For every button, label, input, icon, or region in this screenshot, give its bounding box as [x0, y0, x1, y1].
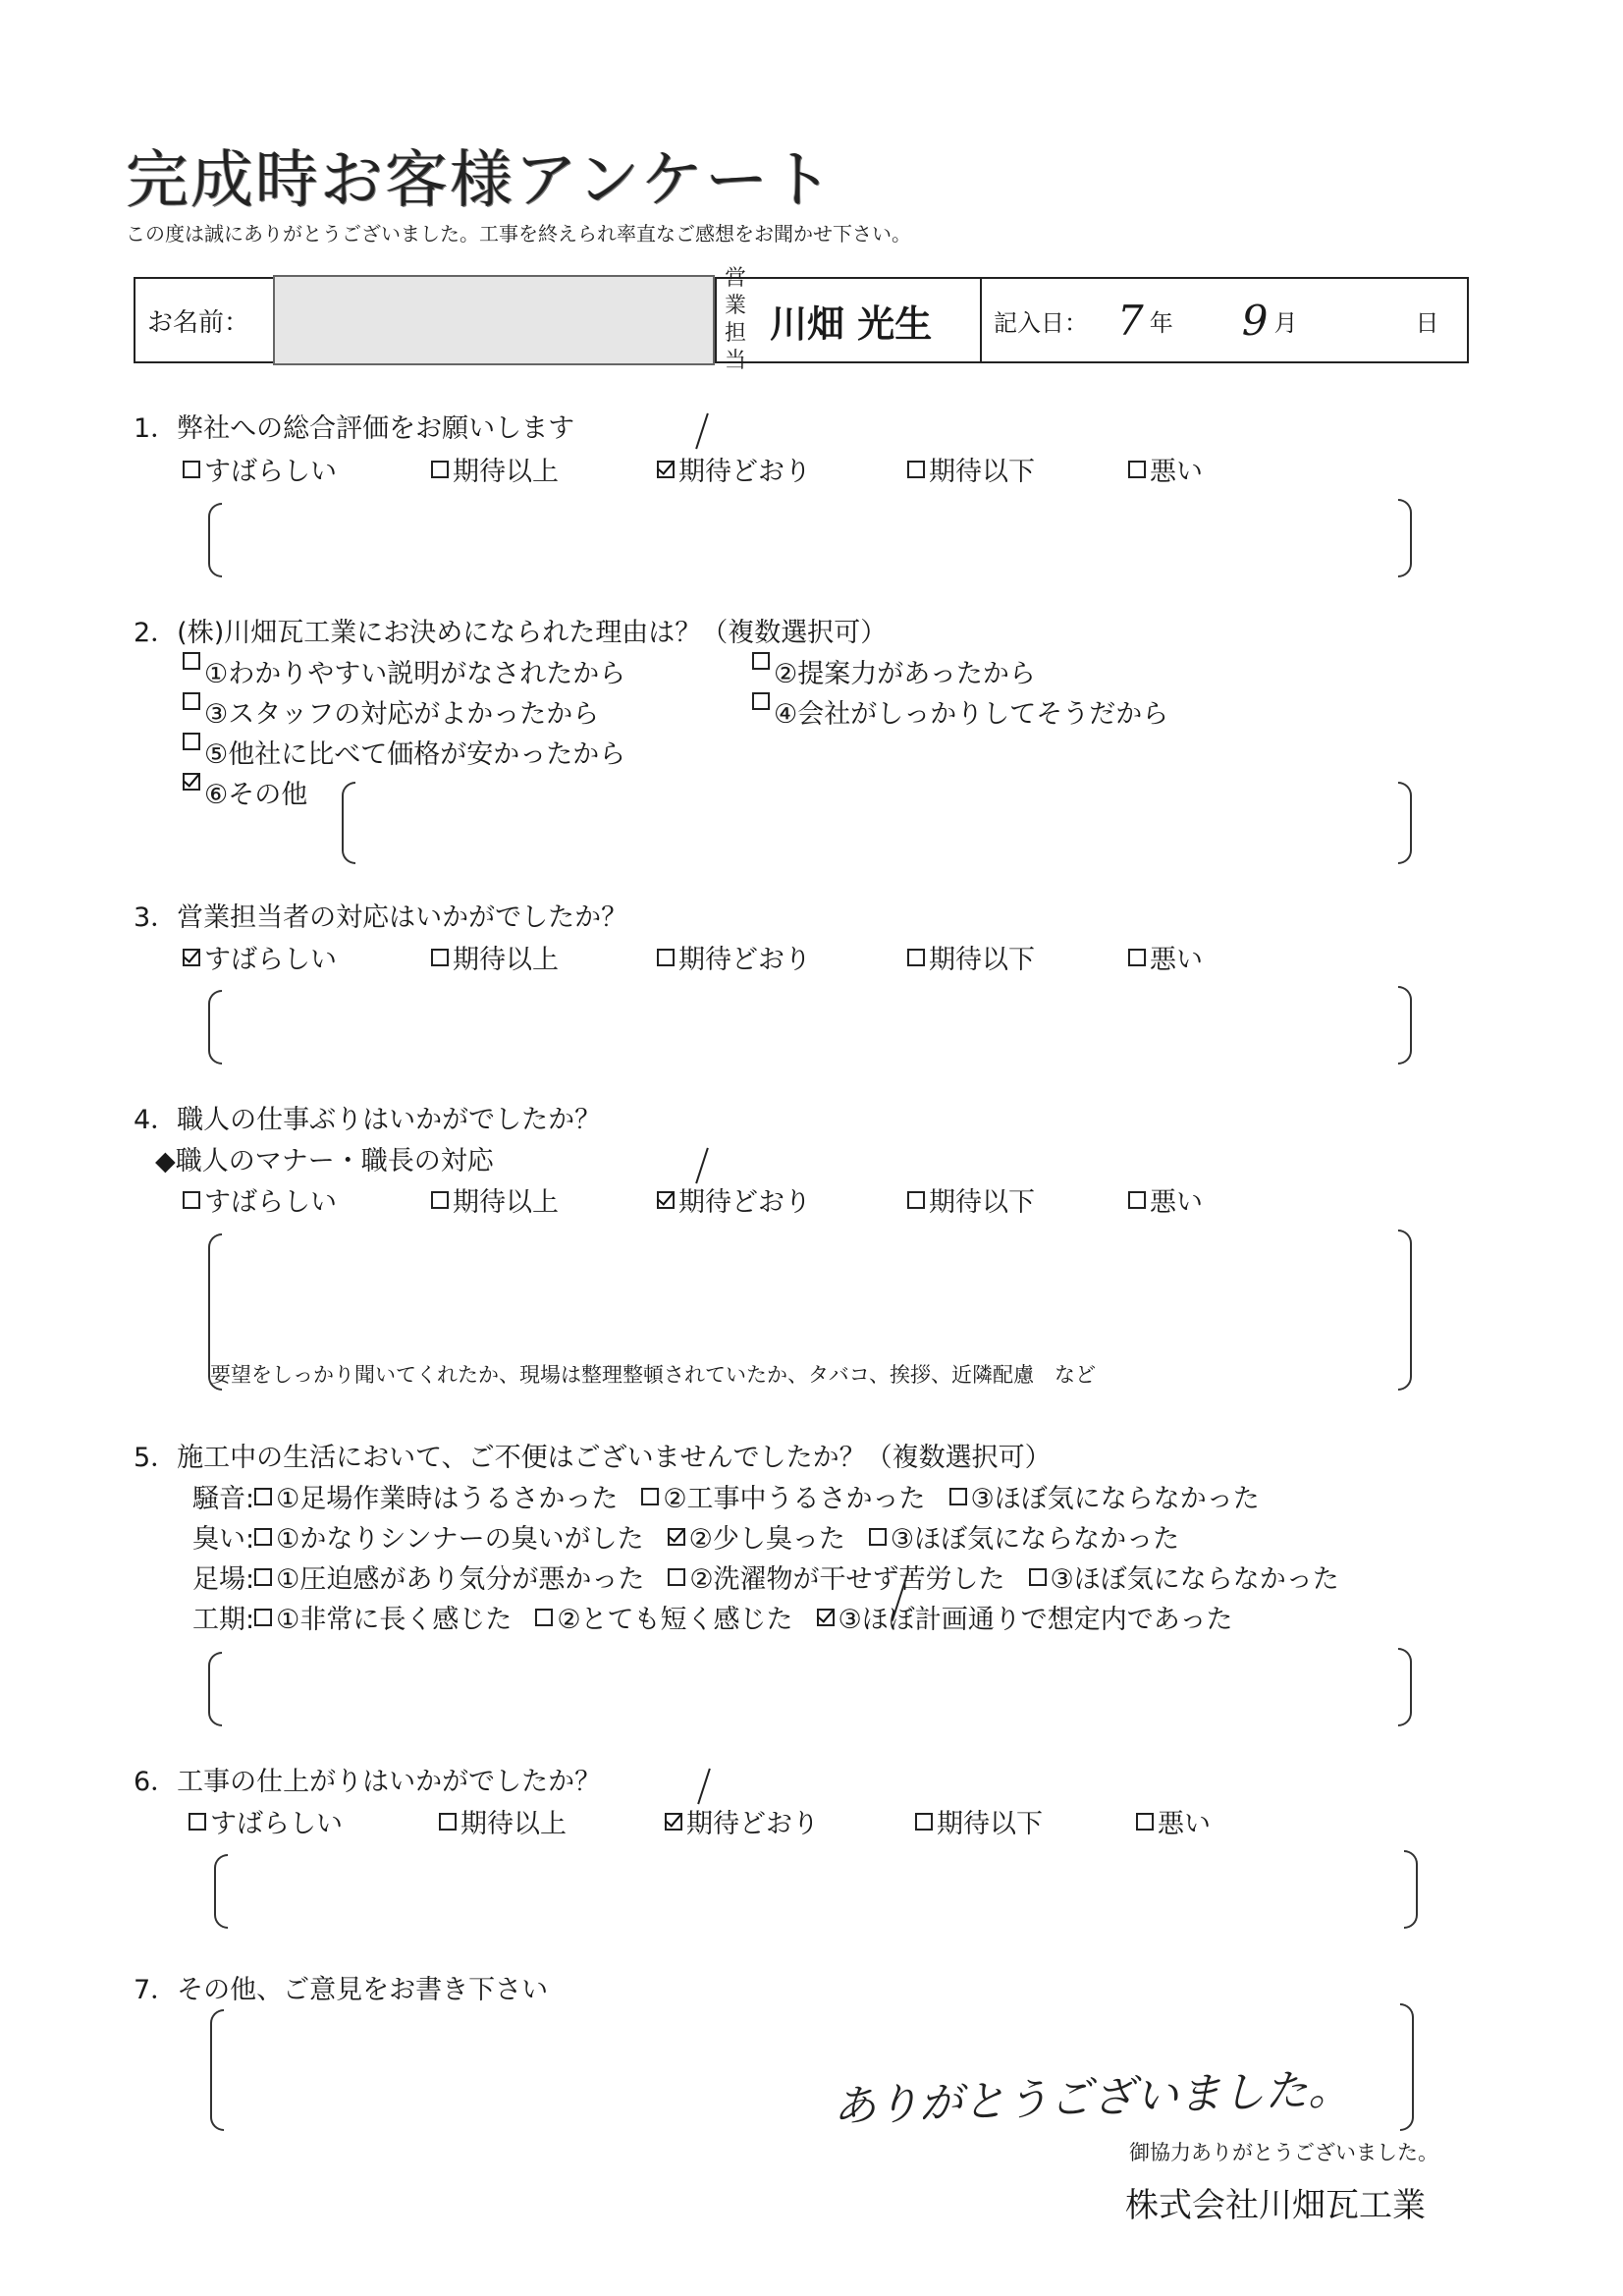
- q7-comment-bracket-left: [210, 2009, 224, 2131]
- option-label: 期待以下: [929, 938, 1035, 976]
- q5-row-label: 臭い:: [192, 1517, 254, 1556]
- checkbox-icon[interactable]: [907, 949, 925, 966]
- q4-option-as-expected[interactable]: 期待どおり: [657, 1180, 907, 1219]
- option-label: すばらしい: [210, 1802, 343, 1840]
- option-label: 期待どおり: [678, 1180, 811, 1219]
- header-info-table: お名前： 営業 担当 川畑 光生 記入日： 7 年 9 月 日: [134, 277, 1469, 363]
- q3-comment-bracket-left: [208, 990, 222, 1065]
- q5-schedule-option-2[interactable]: ②とても短く感じた: [535, 1598, 792, 1636]
- day-unit: 日: [1415, 303, 1438, 338]
- checkbox-checked-icon[interactable]: [657, 1191, 675, 1209]
- checkbox-icon[interactable]: [431, 949, 449, 966]
- checkbox-icon[interactable]: [254, 1568, 272, 1586]
- q5-row-noise: 騒音: ①足場作業時はうるさかった ②工事中うるさかった ③ほぼ気にならなかった: [192, 1477, 1260, 1515]
- checkbox-icon[interactable]: [189, 1813, 206, 1831]
- option-label: ①足場作業時はうるさかった: [276, 1477, 618, 1515]
- name-field-redacted[interactable]: [273, 275, 715, 365]
- q5-row-label: 工期:: [192, 1598, 254, 1636]
- checkbox-checked-icon[interactable]: [817, 1609, 835, 1626]
- checkbox-icon[interactable]: [183, 733, 200, 750]
- option-label: すばらしい: [204, 450, 337, 488]
- year-value[interactable]: 7: [1117, 297, 1144, 345]
- q4-options: すばらしい 期待以上 期待どおり 期待以下 悪い: [183, 1180, 1263, 1219]
- checkbox-icon[interactable]: [641, 1488, 659, 1505]
- form-subtitle: この度は誠にありがとうございました。工事を終えられ率直なご感想をお聞かせ下さい。: [126, 218, 911, 246]
- option-label: ①非常に長く感じた: [276, 1598, 512, 1636]
- q2-other-bracket-left: [342, 782, 355, 864]
- checkbox-checked-icon[interactable]: [668, 1528, 685, 1546]
- q5-row-odor: 臭い: ①かなりシンナーの臭いがした ②少し臭った ③ほぼ気にならなかった: [192, 1517, 1179, 1556]
- q5-comment-bracket-left: [208, 1652, 222, 1726]
- checkbox-icon[interactable]: [183, 692, 200, 710]
- q5-title: 5．施工中の生活において、ご不便はございませんでしたか？（複数選択可）: [134, 1436, 1052, 1474]
- checkbox-icon[interactable]: [431, 1191, 449, 1209]
- q2-title: 2．(株)川畑瓦工業にお決めになられた理由は？（複数選択可）: [134, 611, 887, 649]
- q1-comment-bracket-right: [1398, 499, 1412, 577]
- q2-option-5[interactable]: ⑤他社に比べて価格が安かったから: [183, 733, 625, 771]
- checkbox-icon[interactable]: [949, 1488, 967, 1505]
- q3-option-excellent[interactable]: すばらしい: [183, 938, 431, 976]
- option-label: ③ほぼ気にならなかった: [971, 1477, 1260, 1515]
- q6-options: すばらしい 期待以上 期待どおり 期待以下 悪い: [189, 1802, 1269, 1840]
- q3-option-as-expected[interactable]: 期待どおり: [657, 938, 907, 976]
- q2-other-bracket-right: [1398, 782, 1412, 864]
- q1-title: 1．弊社への総合評価をお願いします: [134, 407, 574, 445]
- option-label: 期待以下: [937, 1802, 1043, 1840]
- option-label: ⑥その他: [204, 773, 307, 811]
- checkbox-icon[interactable]: [183, 461, 200, 478]
- option-label: ①わかりやすい説明がなされたから: [204, 652, 625, 690]
- checkbox-checked-icon[interactable]: [183, 949, 200, 966]
- q6-option-excellent[interactable]: すばらしい: [189, 1802, 439, 1840]
- q2-option-2[interactable]: ②提案力があったから: [752, 652, 1036, 690]
- q1-option-bad[interactable]: 悪い: [1128, 450, 1203, 488]
- q6-comment-bracket-left: [214, 1854, 228, 1929]
- q4-comment-field[interactable]: [236, 1237, 1384, 1345]
- option-label: 悪い: [1150, 938, 1203, 976]
- checkbox-icon[interactable]: [1128, 1191, 1146, 1209]
- year-unit: 年: [1150, 303, 1173, 338]
- checkbox-icon[interactable]: [254, 1609, 272, 1626]
- option-label: ③スタッフの対応がよかったから: [204, 692, 599, 731]
- q7-title: 7．その他、ご意見をお書き下さい: [134, 1968, 548, 2006]
- q4-option-below[interactable]: 期待以下: [907, 1180, 1128, 1219]
- q2-option-1[interactable]: ①わかりやすい説明がなされたから: [183, 652, 625, 690]
- q5-row-label: 足場:: [192, 1558, 254, 1596]
- option-label: ③ほぼ気にならなかった: [891, 1517, 1179, 1556]
- option-label: 期待以上: [453, 450, 559, 488]
- q1-option-above[interactable]: 期待以上: [431, 450, 657, 488]
- month-unit: 月: [1273, 303, 1297, 338]
- checkbox-icon[interactable]: [752, 652, 770, 670]
- q1-option-as-expected[interactable]: 期待どおり: [657, 450, 907, 488]
- q3-option-bad[interactable]: 悪い: [1128, 938, 1203, 976]
- q5-scaffold-option-3[interactable]: ③ほぼ気にならなかった: [1029, 1558, 1339, 1596]
- q3-option-above[interactable]: 期待以上: [431, 938, 657, 976]
- q3-comment-field[interactable]: [236, 992, 1384, 1061]
- q6-option-below[interactable]: 期待以下: [915, 1802, 1136, 1840]
- q1-options: すばらしい 期待以上 期待どおり 期待以下 悪い: [183, 450, 1263, 488]
- checkbox-icon[interactable]: [1029, 1568, 1047, 1586]
- sales-staff-label-line2: 担当: [725, 320, 764, 375]
- option-label: 期待以下: [929, 450, 1035, 488]
- option-label: ①かなりシンナーの臭いがした: [276, 1517, 644, 1556]
- checkbox-icon[interactable]: [668, 1568, 685, 1586]
- q4-option-excellent[interactable]: すばらしい: [183, 1180, 431, 1219]
- q7-comment-bracket-right: [1400, 2003, 1414, 2131]
- q4-comment-bracket-right: [1398, 1230, 1412, 1391]
- company-name: 株式会社川畑瓦工業: [1125, 2178, 1426, 2226]
- checkbox-icon[interactable]: [535, 1609, 553, 1626]
- q5-odor-option-3[interactable]: ③ほぼ気にならなかった: [869, 1517, 1179, 1556]
- checkbox-icon[interactable]: [183, 1191, 200, 1209]
- name-label: お名前：: [135, 279, 273, 361]
- sales-staff-label: 営業 担当: [725, 265, 764, 375]
- checkbox-icon[interactable]: [657, 949, 675, 966]
- q5-row-scaffolding: 足場: ①圧迫感があり気分が悪かった ②洗濯物が干せず苦労した ③ほぼ気にならな…: [192, 1558, 1339, 1596]
- q1-comment-bracket-left: [208, 503, 222, 577]
- q6-option-as-expected[interactable]: 期待どおり: [665, 1802, 915, 1840]
- q3-title: 3．営業担当者の対応はいかがでしたか？: [134, 896, 627, 934]
- q5-schedule-option-3[interactable]: ③ほぼ計画通りで想定内であった: [817, 1598, 1233, 1636]
- q5-noise-option-3[interactable]: ③ほぼ気にならなかった: [949, 1477, 1260, 1515]
- q4-subtitle: ◆職人のマナー・職長の対応: [155, 1139, 494, 1177]
- checkbox-checked-icon[interactable]: [665, 1813, 682, 1831]
- q5-odor-option-1[interactable]: ①かなりシンナーの臭いがした: [254, 1517, 644, 1556]
- q3-option-below[interactable]: 期待以下: [907, 938, 1128, 976]
- q6-option-bad[interactable]: 悪い: [1136, 1802, 1211, 1840]
- option-label: ②少し臭った: [689, 1517, 845, 1556]
- q5-row-schedule: 工期: ①非常に長く感じた ②とても短く感じた ③ほぼ計画通りで想定内であった: [192, 1598, 1232, 1636]
- option-label: 期待以上: [460, 1802, 567, 1840]
- q3-comment-bracket-right: [1398, 986, 1412, 1065]
- sales-staff-cell: 営業 担当 川畑 光生: [715, 279, 980, 361]
- q5-odor-option-2[interactable]: ②少し臭った: [668, 1517, 845, 1556]
- q4-title: 4．職人の仕事ぶりはいかがでしたか？: [134, 1098, 601, 1136]
- option-label: すばらしい: [204, 1180, 337, 1219]
- q6-comment-field[interactable]: [242, 1856, 1390, 1925]
- q3-options: すばらしい 期待以上 期待どおり 期待以下 悪い: [183, 938, 1263, 976]
- q5-comment-bracket-right: [1398, 1648, 1412, 1726]
- q2-option-4[interactable]: ④会社がしっかりしてそうだから: [752, 692, 1168, 731]
- option-label: ②提案力があったから: [774, 652, 1036, 690]
- footer-thanks: 御協力ありがとうございました。: [1129, 2137, 1438, 2166]
- checkbox-icon[interactable]: [915, 1813, 933, 1831]
- option-label: ②洗濯物が干せず苦労した: [689, 1558, 1004, 1596]
- checkbox-icon[interactable]: [431, 461, 449, 478]
- q1-option-below[interactable]: 期待以下: [907, 450, 1128, 488]
- option-label: 期待どおり: [678, 938, 811, 976]
- entry-date-cell: 記入日： 7 年 9 月 日: [980, 279, 1467, 361]
- option-label: ③ほぼ気にならなかった: [1051, 1558, 1339, 1596]
- handwritten-check-icon: [695, 1148, 709, 1184]
- checkbox-icon[interactable]: [1128, 461, 1146, 478]
- q2-other-comment-field[interactable]: [363, 786, 1384, 860]
- q5-noise-option-2[interactable]: ②工事中うるさかった: [641, 1477, 925, 1515]
- option-label: ②工事中うるさかった: [663, 1477, 925, 1515]
- option-label: 期待以上: [453, 938, 559, 976]
- option-label: 期待どおり: [678, 450, 811, 488]
- checkbox-icon[interactable]: [1128, 949, 1146, 966]
- handwritten-check-icon: [695, 413, 709, 450]
- q5-scaffold-option-2[interactable]: ②洗濯物が干せず苦労した: [668, 1558, 1004, 1596]
- q5-schedule-option-1[interactable]: ①非常に長く感じた: [254, 1598, 512, 1636]
- q5-noise-option-1[interactable]: ①足場作業時はうるさかった: [254, 1477, 618, 1515]
- checkbox-icon[interactable]: [907, 1191, 925, 1209]
- option-label: ④会社がしっかりしてそうだから: [774, 692, 1168, 731]
- sales-staff-label-line1: 営業: [725, 265, 764, 320]
- checkbox-icon[interactable]: [439, 1813, 457, 1831]
- option-label: 悪い: [1158, 1802, 1211, 1840]
- option-label: ①圧迫感があり気分が悪かった: [276, 1558, 644, 1596]
- month-value[interactable]: 9: [1242, 297, 1269, 345]
- q4-option-above[interactable]: 期待以上: [431, 1180, 657, 1219]
- sales-staff-value[interactable]: 川畑 光生: [770, 294, 932, 348]
- option-label: 期待どおり: [686, 1802, 819, 1840]
- q6-option-above[interactable]: 期待以上: [439, 1802, 665, 1840]
- checkbox-icon[interactable]: [907, 461, 925, 478]
- option-label: ②とても短く感じた: [557, 1598, 792, 1636]
- q5-scaffold-option-1[interactable]: ①圧迫感があり気分が悪かった: [254, 1558, 644, 1596]
- option-label: 悪い: [1150, 1180, 1203, 1219]
- q4-option-bad[interactable]: 悪い: [1128, 1180, 1203, 1219]
- q2-option-6[interactable]: ⑥その他: [183, 773, 307, 811]
- checkbox-icon[interactable]: [254, 1528, 272, 1546]
- checkbox-icon[interactable]: [183, 652, 200, 670]
- q5-row-label: 騒音:: [192, 1477, 254, 1515]
- checkbox-checked-icon[interactable]: [657, 461, 675, 478]
- q1-option-excellent[interactable]: すばらしい: [183, 450, 431, 488]
- checkbox-checked-icon[interactable]: [183, 773, 200, 791]
- q6-title: 6．工事の仕上がりはいかがでしたか？: [134, 1760, 601, 1798]
- checkbox-icon[interactable]: [1136, 1813, 1154, 1831]
- option-label: 期待以上: [453, 1180, 559, 1219]
- checkbox-icon[interactable]: [254, 1488, 272, 1505]
- form-title: 完成時お客様アンケート: [126, 130, 835, 220]
- option-label: 期待以下: [929, 1180, 1035, 1219]
- option-label: ⑤他社に比べて価格が安かったから: [204, 733, 625, 771]
- entry-date-label: 記入日：: [994, 303, 1088, 338]
- q2-option-3[interactable]: ③スタッフの対応がよかったから: [183, 692, 599, 731]
- handwritten-check-icon: [697, 1769, 711, 1805]
- q4-hint-text: 要望をしっかり聞いてくれたか、現場は整理整頓されていたか、タバコ、挨拶、近隣配慮…: [210, 1359, 1096, 1389]
- option-label: すばらしい: [204, 938, 337, 976]
- q6-comment-bracket-right: [1404, 1850, 1418, 1929]
- option-label: 悪い: [1150, 450, 1203, 488]
- q7-comment-handwritten[interactable]: ありがとうございました。: [832, 2053, 1352, 2134]
- checkbox-icon[interactable]: [869, 1528, 887, 1546]
- checkbox-icon[interactable]: [752, 692, 770, 710]
- q5-comment-field[interactable]: [236, 1654, 1384, 1722]
- q1-comment-field[interactable]: [236, 506, 1384, 574]
